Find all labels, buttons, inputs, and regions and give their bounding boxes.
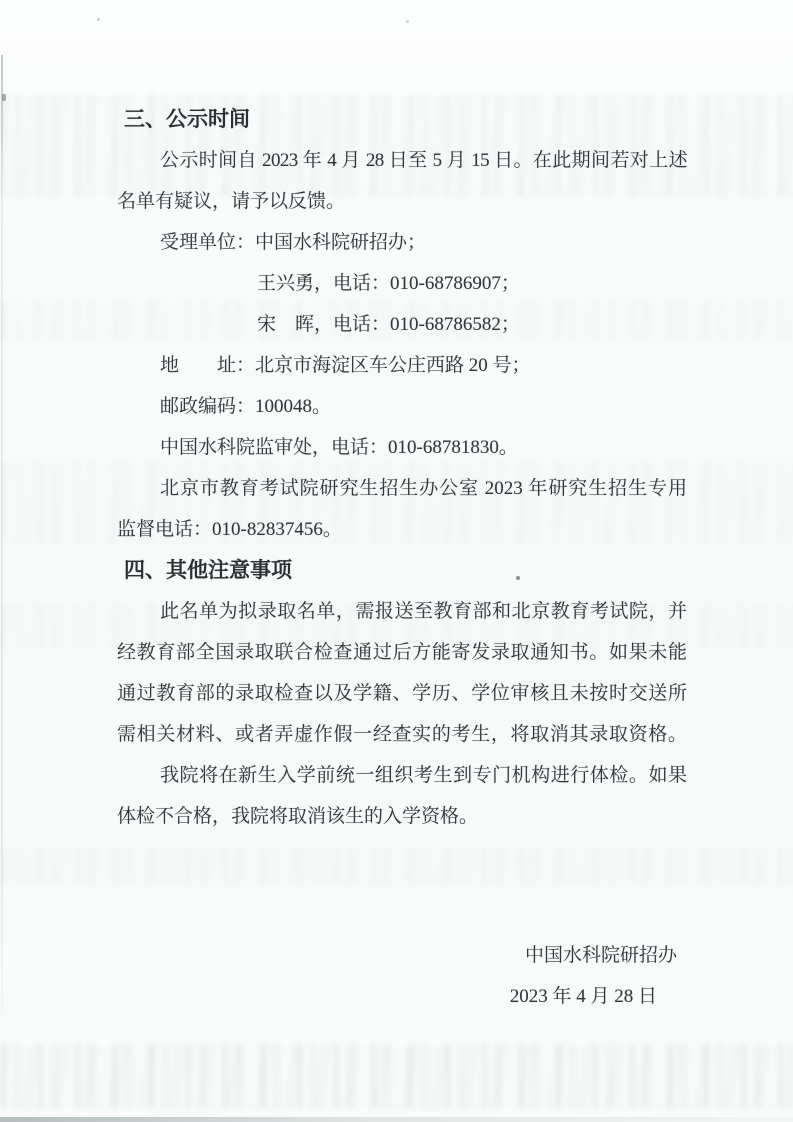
contact-wang-phone-line: 王兴勇，电话：010-68786907； xyxy=(117,263,687,304)
scan-artifact-bottom-edge xyxy=(0,1117,793,1122)
scan-artifact-speck xyxy=(406,20,409,23)
supervision-office-line: 中国水科院监审处，电话：010-68781830。 xyxy=(117,427,687,468)
scan-artifact-band xyxy=(0,1044,793,1108)
scanned-document-page: 三、公示时间 公示时间自 2023 年 4 月 28 日至 5 月 15 日。在… xyxy=(0,0,793,1122)
document-body: 三、公示时间 公示时间自 2023 年 4 月 28 日至 5 月 15 日。在… xyxy=(117,99,687,1017)
public-notice-period-line-2: 名单有疑议，请予以反馈。 xyxy=(117,181,687,222)
section-four-heading: 四、其他注意事项 xyxy=(117,550,687,591)
contact-song-phone-line: 宋 晖，电话：010-68786582； xyxy=(117,304,687,345)
scan-artifact-speck xyxy=(2,94,6,101)
admission-note-line-4: 需相关材料、或者弄虚作假一经查实的考生，将取消其录取资格。 xyxy=(117,714,687,755)
admission-note-line-2: 经教育部全国录取联合检查通过后方能寄发录取通知书。如果未能 xyxy=(117,632,687,673)
beijing-exam-office-line-2: 监督电话：010-82837456。 xyxy=(117,509,687,550)
contact-unit-line: 受理单位：中国水科院研招办； xyxy=(117,222,687,263)
scan-artifact-left-edge xyxy=(1,55,3,1015)
admission-note-line-3: 通过教育部的录取检查以及学籍、学历、学位审核且未按时交送所 xyxy=(117,673,687,714)
address-line: 地 址：北京市海淀区车公庄西路 20 号； xyxy=(117,345,687,386)
admission-note-line-1: 此名单为拟录取名单，需报送至教育部和北京教育考试院，并 xyxy=(117,591,687,632)
public-notice-period-line-1: 公示时间自 2023 年 4 月 28 日至 5 月 15 日。在此期间若对上述 xyxy=(117,140,687,181)
physical-exam-line-1: 我院将在新生入学前统一组织考生到专门机构进行体检。如果 xyxy=(117,755,687,796)
postal-code-line: 邮政编码：100048。 xyxy=(117,386,687,427)
signature-org: 中国水科院研招办 xyxy=(117,935,687,976)
physical-exam-line-2: 体检不合格，我院将取消该生的入学资格。 xyxy=(117,796,687,837)
section-three-heading: 三、公示时间 xyxy=(117,99,687,140)
beijing-exam-office-line-1: 北京市教育考试院研究生招生办公室 2023 年研究生招生专用 xyxy=(117,468,687,509)
scan-artifact-speck xyxy=(97,18,100,21)
signature-date: 2023 年 4 月 28 日 xyxy=(117,976,687,1017)
